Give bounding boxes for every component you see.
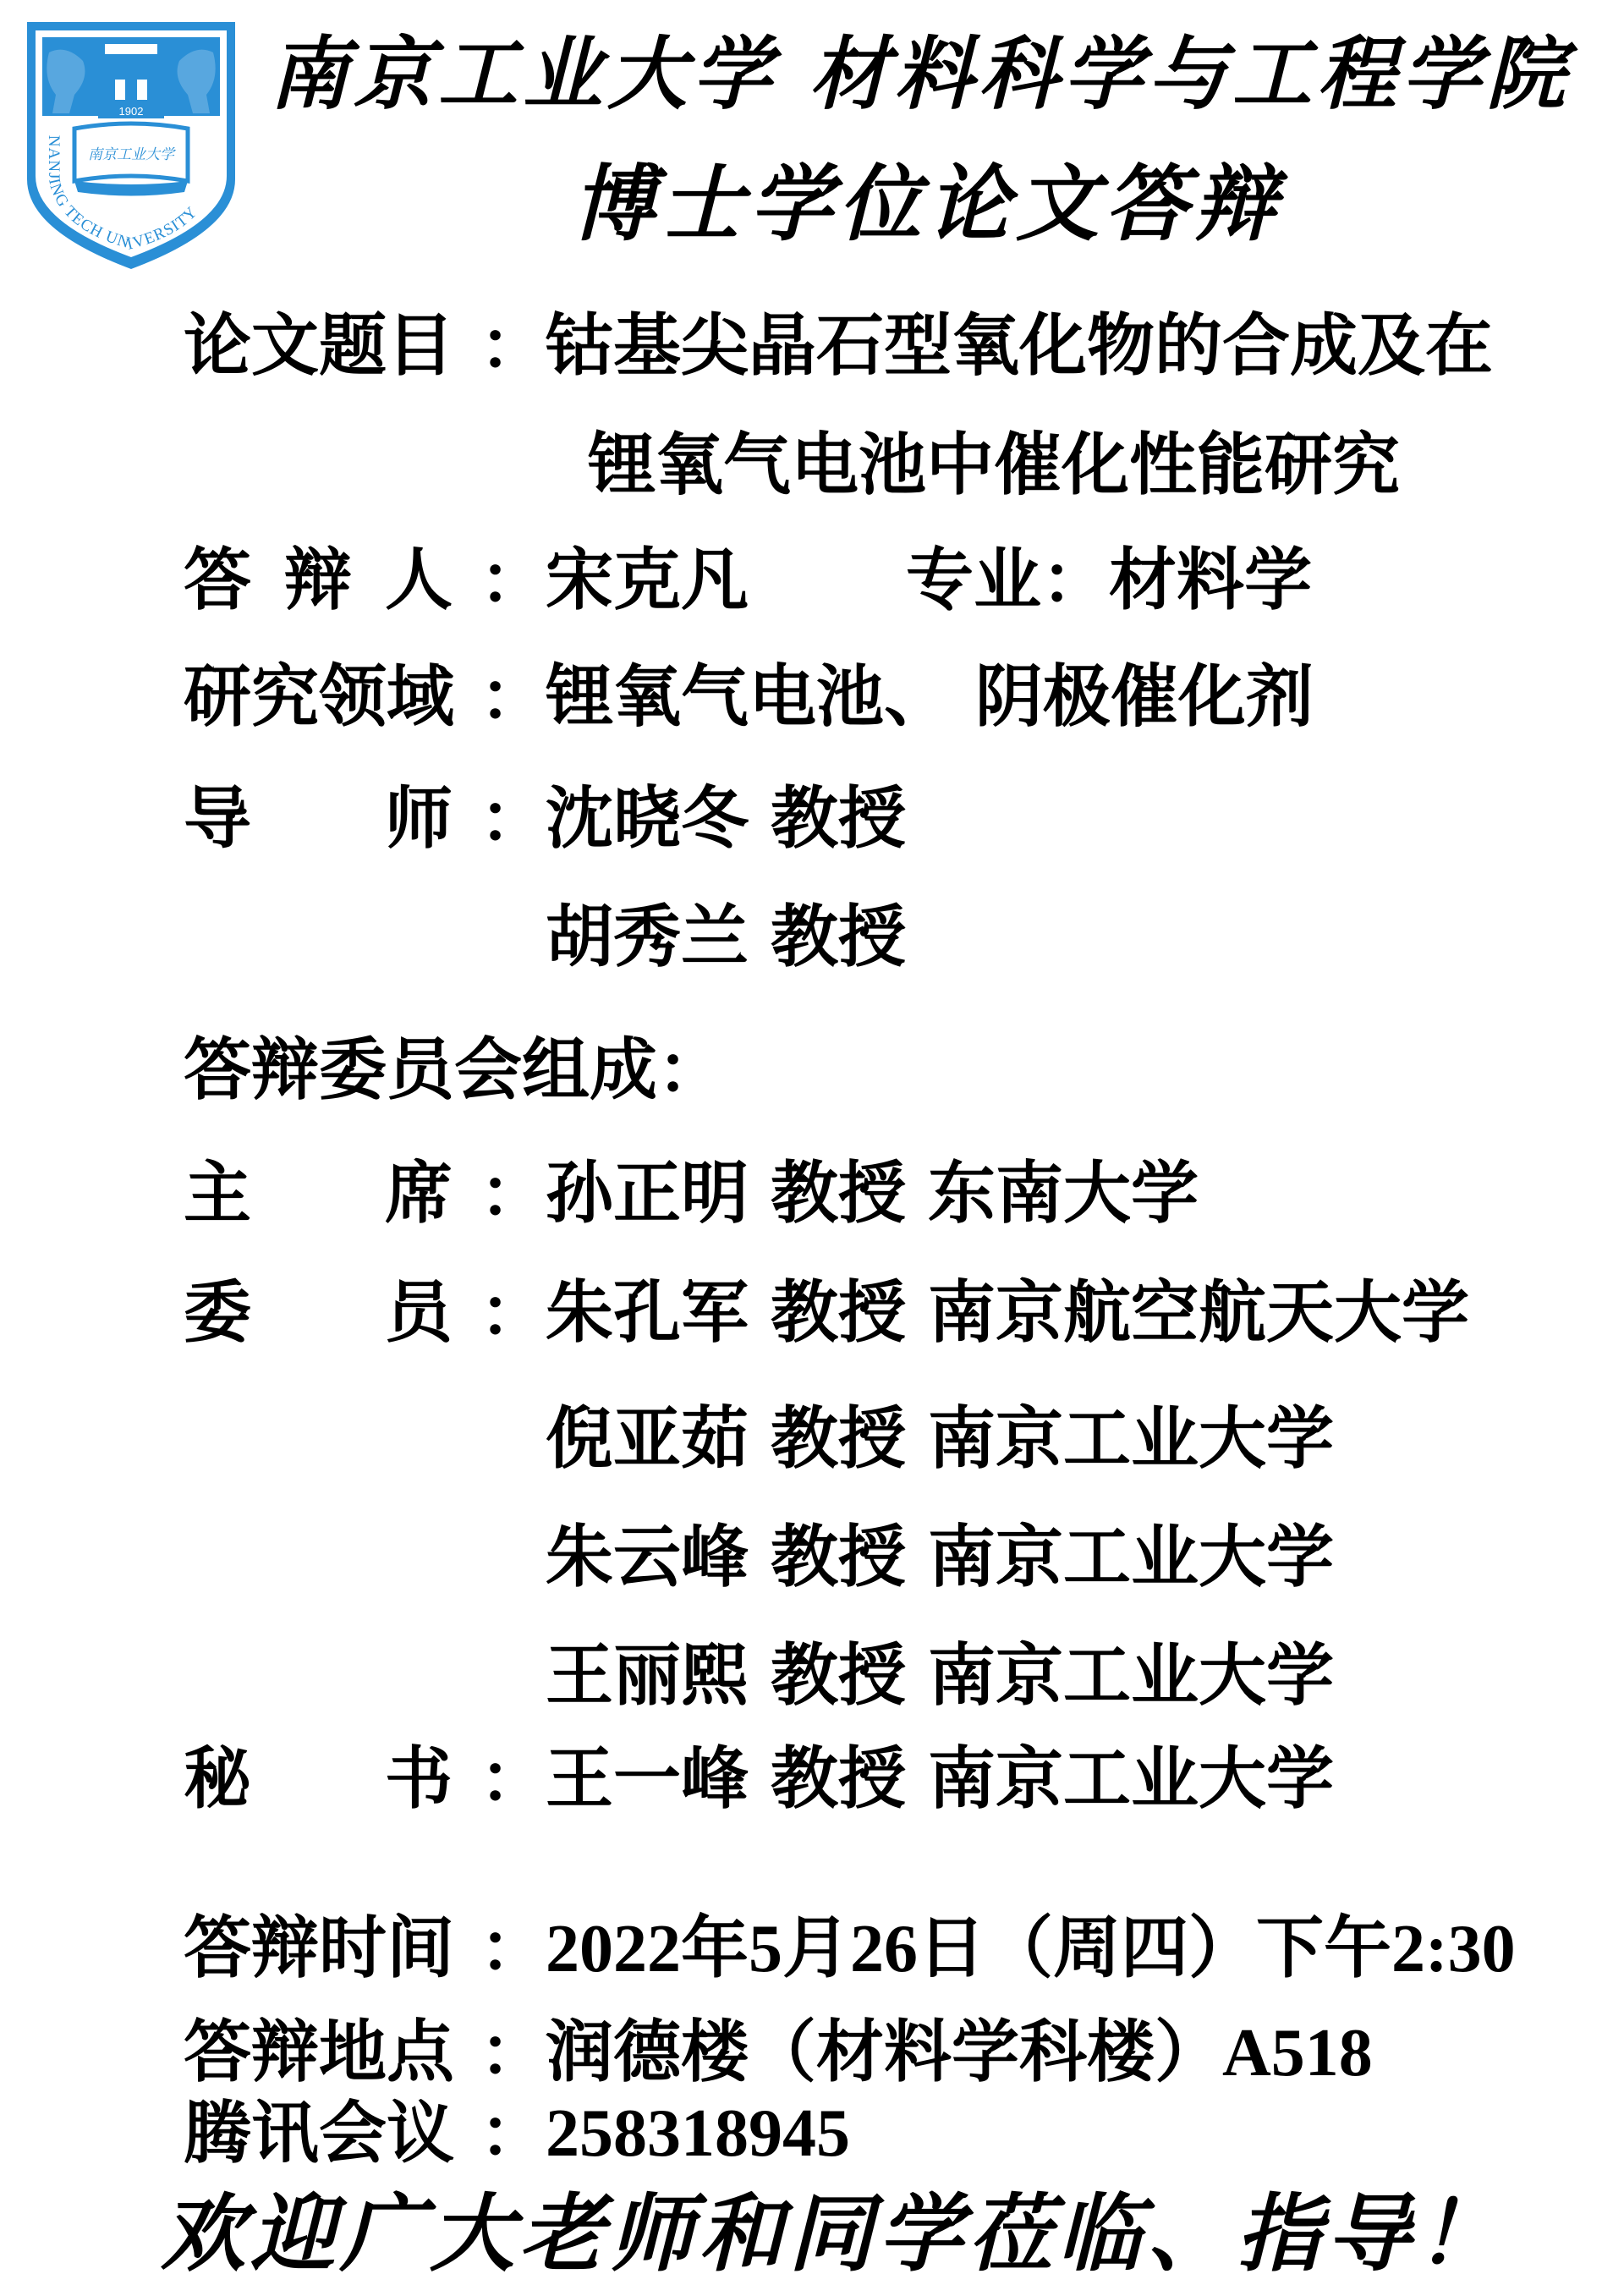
member-entry: 朱云峰教授南京工业大学 <box>546 1519 1334 1596</box>
colon: ： <box>480 2096 547 2172</box>
nanjing-tech-shield-icon: 1902 南京工业大学 NANJING TECH UNIVERSITY <box>24 19 239 272</box>
member-title: 教授 <box>771 1739 906 1818</box>
member-title: 教授 <box>771 1154 906 1233</box>
secretary-label: 秘 书 <box>184 1741 453 1817</box>
svg-text:南京工业大学: 南京工业大学 <box>88 146 176 163</box>
member-name: 王丽熙 <box>546 1636 749 1715</box>
member-affiliation: 南京工业大学 <box>928 1518 1334 1596</box>
candidate-name: 宋克凡 <box>546 542 749 618</box>
chair-label: 主 席 <box>184 1156 453 1232</box>
university-logo: 1902 南京工业大学 NANJING TECH UNIVERSITY <box>24 19 239 272</box>
member-title: 教授 <box>771 1518 906 1596</box>
member-affiliation: 南京工业大学 <box>928 1636 1334 1715</box>
member-title: 教授 <box>771 1273 906 1352</box>
colon: ： <box>480 308 547 384</box>
member-title: 教授 <box>771 1636 906 1715</box>
thesis-title-line1: 钴基尖晶石型氧化物的合成及在 <box>546 308 1493 384</box>
tencent-meeting-id: 258318945 <box>546 2096 850 2172</box>
advisor-name: 沈晓冬 <box>546 779 749 858</box>
advisor-entry: 沈晓冬教授 <box>546 781 906 857</box>
svg-text:1902: 1902 <box>119 105 144 118</box>
advisor-title: 教授 <box>771 779 906 858</box>
major-field: 专业：材料学 <box>906 542 1312 618</box>
member-label: 委 员 <box>184 1275 453 1351</box>
colon: ： <box>480 1910 547 1986</box>
colon: ： <box>480 542 547 618</box>
defense-location-label: 答辩地点 <box>184 2014 454 2090</box>
advisor-name: 胡秀兰 <box>546 898 749 976</box>
header-college-title: 南京工业大学 材料科学与工程学院 <box>269 24 1571 125</box>
research-field-label: 研究领域 <box>184 659 454 735</box>
member-name: 朱云峰 <box>546 1518 749 1596</box>
thesis-title-line2: 锂氧气电池中催化性能研究 <box>588 427 1400 503</box>
colon: ： <box>480 2014 547 2090</box>
advisor-entry: 胡秀兰教授 <box>546 899 906 975</box>
major-value: 材料学 <box>1109 541 1312 619</box>
colon: ： <box>480 781 547 857</box>
defense-time-label: 答辩时间 <box>184 1910 454 1986</box>
colon: ： <box>480 1741 547 1817</box>
colon: ： <box>480 1156 547 1232</box>
member-title: 教授 <box>771 1399 906 1478</box>
advisor-label: 导 师 <box>184 781 453 857</box>
defense-time-value: 2022年5月26日（周四）下午2:30 <box>546 1910 1516 1987</box>
advisor-title: 教授 <box>771 898 906 976</box>
secretary-entry: 王一峰教授南京工业大学 <box>546 1741 1334 1817</box>
member-affiliation: 南京工业大学 <box>928 1739 1334 1818</box>
major-label: 专业： <box>906 541 1109 619</box>
member-name: 孙正明 <box>546 1154 749 1233</box>
member-name: 王一峰 <box>546 1739 749 1818</box>
member-entry: 王丽熙教授南京工业大学 <box>546 1638 1334 1714</box>
colon: ： <box>480 1275 547 1351</box>
member-entry: 倪亚茹教授南京工业大学 <box>546 1401 1334 1477</box>
member-affiliation: 南京工业大学 <box>928 1399 1334 1478</box>
header-event-title: 博士学位论文答辩 <box>572 152 1282 257</box>
member-affiliation: 东南大学 <box>928 1154 1199 1233</box>
member-name: 朱孔军 <box>546 1273 749 1352</box>
research-field-value: 锂氧气电池、 阴极催化剂 <box>546 659 1314 735</box>
welcome-message: 欢迎广大老师和同学莅临、指导！ <box>161 2183 1506 2284</box>
colon: ： <box>480 659 547 735</box>
member-affiliation: 南京航空航天大学 <box>928 1273 1469 1352</box>
member-entry: 朱孔军教授南京航空航天大学 <box>546 1275 1469 1351</box>
chair-entry: 孙正明教授东南大学 <box>546 1156 1199 1232</box>
thesis-title-label: 论文题目 <box>184 308 454 384</box>
defense-location-value: 润德楼（材料学科楼）A518 <box>546 2014 1373 2091</box>
tencent-meeting-label: 腾讯会议 <box>184 2096 454 2172</box>
candidate-label: 答 辩 人 <box>184 542 453 618</box>
member-name: 倪亚茹 <box>546 1399 749 1478</box>
